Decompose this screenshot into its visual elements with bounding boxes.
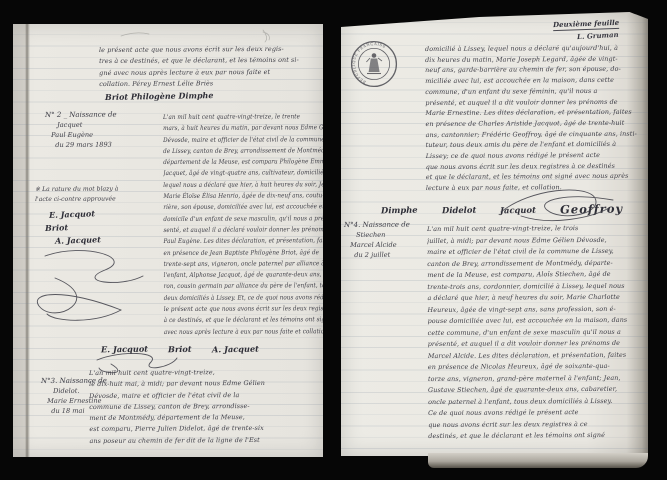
- act2-signatures-row: E. JacquotBriotA. Jacquet: [101, 337, 279, 356]
- act3-body-text: L'an mil huit cent quatre-vingt-treize,l…: [89, 367, 323, 448]
- page-stack-bottom-edge: [428, 453, 648, 468]
- text-line: Dévosde, maire et officier de l'état civ…: [163, 134, 323, 146]
- signature: A. Jacquet: [55, 233, 101, 248]
- signature: Geoffroy: [560, 201, 623, 216]
- act2-body-text: L'an mil huit cent quatre-vingt-treize, …: [163, 111, 323, 338]
- text-line: en présence de Jean Baptiste Philogène B…: [164, 247, 323, 259]
- text-line: du 29 mars 1893: [55, 139, 171, 150]
- text-line: Paul Eugène. Les dites déclaration, et p…: [163, 235, 323, 247]
- act3-signatures-row: DimpheDidelotJacquotGeoffroy: [381, 198, 647, 217]
- text-line: L'an mil huit cent quatre-vingt-treize, …: [163, 111, 323, 123]
- text-line: Marcel Alcide. Les dites déclaration, et…: [428, 349, 646, 362]
- text-line: maire et officier de l'état civil de la …: [427, 246, 645, 259]
- closing-signatures: Briot Philogène Dimphe: [105, 90, 214, 102]
- act3-continuation-body-text: domicilié à Lissey, lequel nous a déclar…: [425, 43, 646, 194]
- text-line: à ce destinés, et que le déclarant et le…: [164, 315, 323, 327]
- act2-margin-title: N° 2 _ Naissance deJacquetPaul Eugènedu …: [45, 109, 171, 150]
- left-page: le présent acte que nous avons écrit sur…: [13, 24, 323, 457]
- marginal-approval-signatures: E. JacquotBriotA. Jacquet: [49, 208, 101, 247]
- text-line: Gustave Stiechen, âgé de quarante-deux a…: [428, 384, 646, 397]
- text-line: Jacquet, âgé de vingt-quatre ans, cultiv…: [163, 168, 323, 180]
- text-line: ron, cousin germain par alliance du père…: [164, 281, 323, 293]
- marginal-approval-note: ※ La rature du mot blazy àl'acte ci-cont…: [35, 184, 171, 204]
- text-line: pouse domiciliée avec lui, est accouchée…: [428, 315, 646, 328]
- text-line: miciliée avec lui, est accouchée en la m…: [425, 75, 645, 87]
- text-line: et que le déclarant, et les témoins ont …: [426, 171, 646, 183]
- signature: Dimphe: [381, 205, 418, 216]
- text-line: rière, son épouse, domiciliée avec lui, …: [163, 202, 323, 214]
- text-line: présenté, et auquel il a dit vouloir don…: [428, 338, 646, 351]
- text-line: Jacquet: [57, 119, 171, 130]
- closing-paragraph-previous-act: le présent acte que nous avons écrit sur…: [99, 44, 321, 91]
- text-line: tres à ce destinés, et que le déclarant,…: [99, 55, 321, 68]
- signature: Didelot: [442, 205, 476, 216]
- text-line: collation. Pérey Ernest Lélie Briès: [99, 78, 321, 91]
- registrar-paraph-signature: L. Gruman: [577, 30, 619, 41]
- text-line: lecture à eux par nous faite, et collati…: [426, 182, 646, 194]
- text-line: lequel nous a déclaré que hier, à huit h…: [163, 179, 323, 191]
- right-page: Deuxième feuille L. Gruman RÉPUBLIQUE FR…: [341, 12, 648, 456]
- text-line: deux domiciliés à Lissey. Et, ce de quoi…: [164, 292, 323, 304]
- signature: Briot: [168, 344, 192, 354]
- text-line: senté, et auquel il a déclaré vouloir do…: [163, 224, 323, 236]
- act4-body-text: L'an mil huit cent quatre-vingt-treize, …: [427, 223, 646, 443]
- text-line: domicile d'un enfant de sexe masculin, q…: [163, 213, 323, 225]
- text-line: a déclaré que hier, à neuf heures du soi…: [427, 292, 645, 305]
- signature: E. Jacquot: [101, 344, 148, 355]
- text-line: tuteur, tous deux amis du père de l'enfa…: [426, 139, 646, 151]
- text-line: destinés, et que le déclarant et les tém…: [428, 430, 646, 443]
- text-line: ans poseur au chemin de fer dit de la li…: [89, 434, 323, 447]
- republique-francaise-stamp: RÉPUBLIQUE FRANÇAISE: [350, 40, 398, 88]
- text-line: Marie Éloïse Élisa Henrio, âgée de dix-n…: [163, 190, 323, 202]
- signature: A. Jacquet: [212, 344, 259, 355]
- sheet-number-note: Deuxième feuille: [553, 18, 620, 31]
- text-line: de Lissey, canton de Brey, arrondissemen…: [163, 145, 323, 157]
- text-line: trente-sept ans, vigneron, oncle paterne…: [164, 258, 323, 270]
- text-line: mars, à huit heures du matin, par devant…: [163, 122, 323, 134]
- text-line: en présence de Charles Aristide Jacquot,…: [425, 118, 645, 130]
- page-stack-fore-edge: [648, 68, 658, 450]
- text-line: canton de Brey, arrondissement de Montmé…: [427, 257, 645, 270]
- pencil-scribble: [113, 24, 303, 44]
- text-line: le présent acte que nous avons écrit sur…: [164, 303, 323, 315]
- signature: Jacquot: [500, 205, 536, 216]
- register-scan-photo: le présent acte que nous avons écrit sur…: [0, 0, 667, 480]
- text-line: l'enfant, Alphonse Jacquot, âgé de quara…: [164, 269, 323, 281]
- text-line: département de la Meuse, est comparu Phi…: [163, 156, 323, 168]
- text-line: l'acte ci-contre approuvée: [35, 194, 171, 204]
- paraph-flourish-large: [25, 248, 155, 328]
